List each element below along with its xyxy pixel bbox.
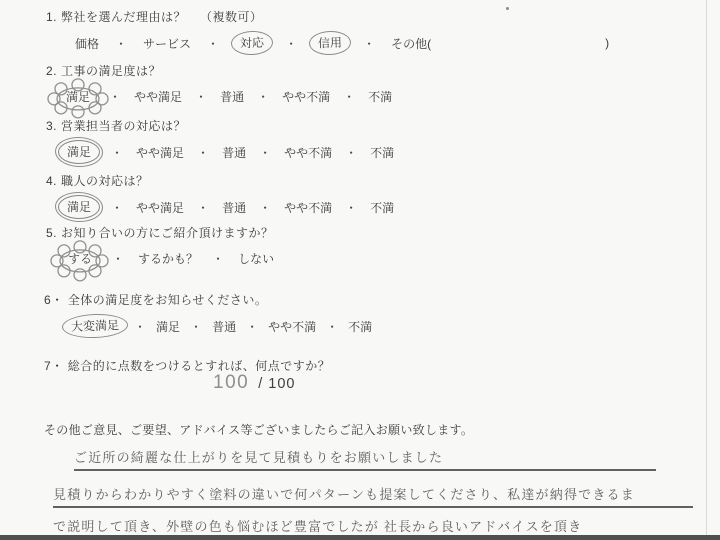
option-separator: ・ — [197, 199, 209, 216]
option-somewhat-satisfied: やや満足 — [136, 144, 184, 161]
question-3: 3.営業担当者の対応は？ 満足 ・ やや満足 ・ 普通 ・ やや不満 ・ 不満 — [46, 117, 394, 161]
question-3-number: 3. — [46, 119, 57, 133]
option-somewhat-dissatisfied: やや不満 — [284, 199, 332, 216]
option-somewhat-dissatisfied: やや不満 — [284, 144, 332, 161]
option-somewhat-dissatisfied: やや不満 — [282, 88, 330, 105]
option-separator: ・ — [212, 250, 224, 267]
option-other-open: その他( — [391, 35, 431, 52]
option-separator: ・ — [207, 35, 219, 52]
option-separator: ・ — [326, 318, 338, 335]
question-1-head: 1.弊社を選んだ理由は？（複数可） — [46, 8, 609, 25]
option-somewhat-satisfied: やや満足 — [134, 88, 182, 105]
question-5-head: 5.お知り合いの方にご紹介頂けますか？ — [46, 224, 274, 241]
option-dissatisfied: 不満 — [370, 144, 394, 161]
option-separator: ・ — [190, 318, 202, 335]
option-separator: ・ — [345, 144, 357, 161]
question-1-options: 価格 ・ サービス ・ 対応 ・ 信用 ・ その他( ) — [46, 34, 609, 52]
question-1-title: 弊社を選んだ理由は？ — [61, 10, 186, 24]
question-2: 2.工事の満足度は？ 満足 ・ やや満足 ・ 普通 ・ — [46, 62, 392, 105]
question-5-options: する ・ するかも？ ・ しない — [46, 250, 274, 267]
question-4-options: 満足 ・ やや満足 ・ 普通 ・ やや不満 ・ 不満 — [46, 198, 394, 216]
option-separator: ・ — [112, 250, 124, 267]
option-separator: ・ — [111, 199, 123, 216]
option-neutral: 普通 — [212, 318, 236, 335]
question-5-title: お知り合いの方にご紹介頂けますか？ — [61, 226, 274, 240]
question-6: 6・全体の満足度をお知らせください。 大変満足 ・ 満足 ・ 普通 ・ やや不満… — [44, 291, 372, 335]
option-neutral: 普通 — [222, 199, 246, 216]
option-other-close: ) — [605, 36, 609, 50]
option-separator: ・ — [195, 88, 207, 105]
score-handwritten-value: 100 — [213, 372, 249, 394]
option-trust: 信用 — [318, 36, 342, 51]
option-separator: ・ — [343, 88, 355, 105]
question-5: 5.お知り合いの方にご紹介頂けますか？ する ・ するかも？ ・ しない — [46, 224, 274, 267]
question-4: 4.職人の対応は？ 満足 ・ やや満足 ・ 普通 ・ やや不満 ・ 不満 — [46, 172, 394, 216]
question-6-options: 大変満足 ・ 満足 ・ 普通 ・ やや不満 ・ 不満 — [44, 317, 372, 335]
option-no-refer: しない — [238, 250, 274, 267]
question-2-number: 2. — [46, 64, 57, 78]
question-4-title: 職人の対応は？ — [61, 174, 149, 188]
option-satisfied-double-circle-mark: 満足 — [58, 195, 100, 219]
option-separator: ・ — [285, 35, 297, 52]
score-denominator: / 100 — [258, 376, 295, 392]
question-3-head: 3.営業担当者の対応は？ — [46, 117, 394, 134]
question-5-number: 5. — [46, 226, 57, 240]
option-neutral: 普通 — [222, 144, 246, 161]
question-1: 1.弊社を選んだ理由は？（複数可） 価格 ・ サービス ・ 対応 ・ 信用 ・ … — [46, 8, 609, 52]
option-somewhat-satisfied: やや満足 — [136, 199, 184, 216]
option-somewhat-dissatisfied: やや不満 — [268, 318, 316, 335]
option-satisfied: 満足 — [67, 145, 91, 159]
question-1-number: 1. — [46, 10, 57, 24]
option-will-refer: する — [68, 252, 92, 266]
handwritten-comment-line-2: 見積りからわかりやすく塗料の違いで何パターンも提案してくださり、私達が納得できる… — [53, 484, 693, 508]
option-separator: ・ — [115, 35, 127, 52]
option-satisfied: 満足 — [66, 90, 90, 104]
option-separator: ・ — [363, 35, 375, 52]
handwritten-comment-line-1: ご近所の綺麗な仕上がりを見て見積もりをお願いしました — [74, 447, 656, 471]
question-2-title: 工事の満足度は？ — [61, 64, 161, 78]
option-very-satisfied: 大変満足 — [71, 318, 119, 334]
option-price: 価格 — [75, 35, 99, 52]
option-trust-circle-mark: 信用 — [309, 30, 352, 55]
option-will-refer-scribble-mark: する — [62, 248, 98, 269]
option-dissatisfied: 不満 — [368, 88, 392, 105]
question-6-title: 全体の満足度をお知らせください。 — [68, 293, 268, 307]
option-satisfied-double-circle-mark: 満足 — [58, 140, 100, 164]
option-response-circle-mark: 対応 — [231, 30, 274, 55]
option-separator: ・ — [197, 144, 209, 161]
question-3-options: 満足 ・ やや満足 ・ 普通 ・ やや不満 ・ 不満 — [46, 143, 394, 161]
option-satisfied: 満足 — [156, 318, 180, 335]
option-dissatisfied: 不満 — [370, 199, 394, 216]
score-answer: 100 / 100 — [213, 372, 295, 394]
question-2-options: 満足 ・ やや満足 ・ 普通 ・ やや不満 ・ 不満 — [46, 88, 392, 105]
question-4-head: 4.職人の対応は？ — [46, 172, 394, 189]
question-4-number: 4. — [46, 174, 57, 188]
comments-section-label: その他ご意見、ご要望、アドバイス等ございましたらご記入お願い致します。 — [44, 421, 473, 438]
scanned-survey-sheet: 1.弊社を選んだ理由は？（複数可） 価格 ・ サービス ・ 対応 ・ 信用 ・ … — [0, 0, 720, 540]
option-satisfied: 満足 — [67, 200, 91, 214]
option-service: サービス — [143, 35, 191, 52]
option-separator: ・ — [259, 144, 271, 161]
option-separator: ・ — [257, 88, 269, 105]
option-separator: ・ — [109, 88, 121, 105]
option-maybe-refer: するかも？ — [138, 250, 198, 267]
option-separator: ・ — [134, 318, 146, 335]
option-separator: ・ — [246, 318, 258, 335]
question-3-title: 営業担当者の対応は？ — [61, 119, 186, 133]
question-7-number: 7・ — [44, 359, 64, 373]
option-satisfied-scribble-mark: 満足 — [60, 86, 96, 107]
option-very-satisfied-circle-mark: 大変満足 — [62, 313, 129, 339]
question-6-head: 6・全体の満足度をお知らせください。 — [44, 291, 372, 308]
scan-edge-line — [706, 0, 707, 540]
question-7-title: 総合的に点数をつけるとすれば、何点ですか？ — [68, 359, 331, 373]
scan-bottom-edge-bar — [0, 535, 720, 540]
option-separator: ・ — [345, 199, 357, 216]
option-separator: ・ — [259, 199, 271, 216]
question-2-head: 2.工事の満足度は？ — [46, 62, 392, 79]
option-dissatisfied: 不満 — [348, 318, 372, 335]
option-neutral: 普通 — [220, 88, 244, 105]
question-6-number: 6・ — [44, 293, 64, 307]
option-separator: ・ — [111, 144, 123, 161]
question-1-note: （複数可） — [200, 10, 263, 24]
option-response: 対応 — [240, 36, 264, 51]
